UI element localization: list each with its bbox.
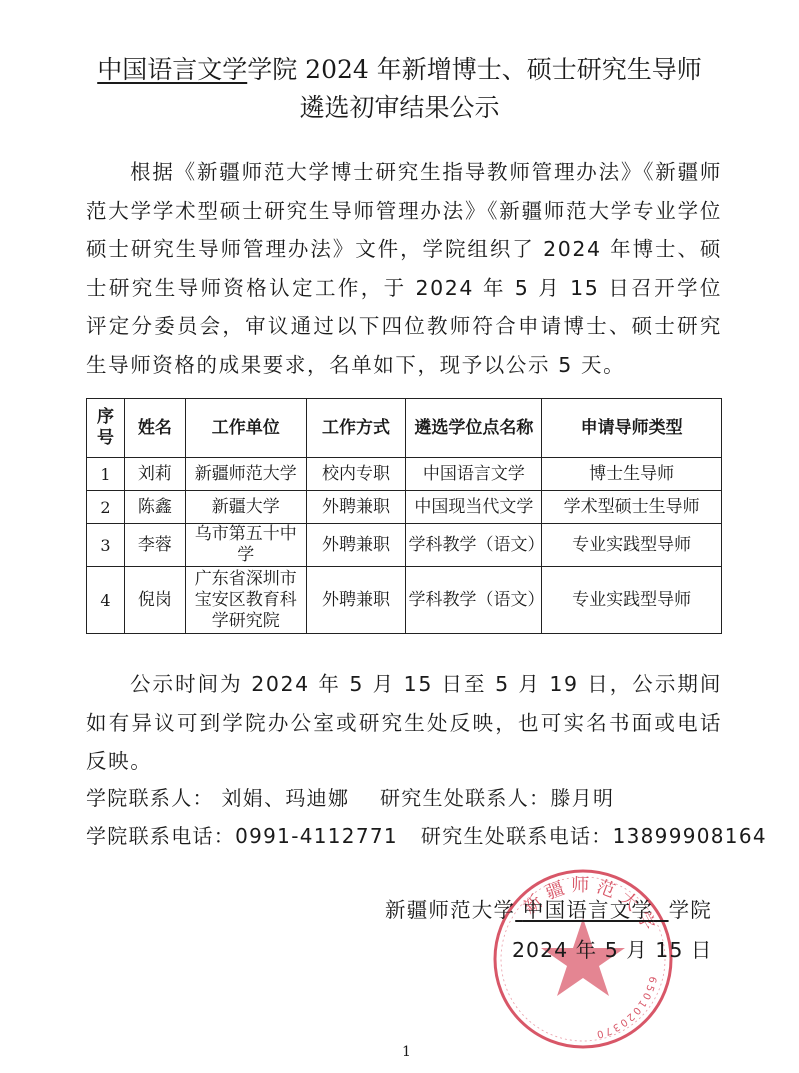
grad-contact-name: 滕月明 <box>550 786 614 810</box>
table-header-row: 序号 姓名 工作单位 工作方式 遴选学位点名称 申请导师类型 <box>87 399 722 458</box>
college-phone: 0991-4112771 <box>235 824 398 848</box>
advisor-table: 序号 姓名 工作单位 工作方式 遴选学位点名称 申请导师类型 1 刘莉 新疆师范… <box>86 398 722 634</box>
header-program: 遴选学位点名称 <box>406 399 542 458</box>
cell-no: 2 <box>87 491 125 524</box>
signature-line: 新疆师范大学 中国语言文学 学院 <box>385 893 712 923</box>
cell-unit: 新疆师范大学 <box>185 458 306 491</box>
document-title-line2: 遴选初审结果公示 <box>0 88 799 124</box>
header-name: 姓名 <box>124 399 185 458</box>
signature-suffix: 学院 <box>669 898 712 922</box>
notice-paragraph: 公示时间为 2024 年 5 月 15 日至 5 月 19 日，公示期间如有异议… <box>86 665 722 781</box>
cell-type: 博士生导师 <box>542 458 722 491</box>
cell-name: 倪岗 <box>124 567 185 634</box>
cell-unit: 乌市第五十中学 <box>185 524 306 567</box>
notice-text: 公示时间为 2024 年 5 月 15 日至 5 月 19 日，公示期间如有异议… <box>86 665 722 781</box>
contacts-block: 学院联系人： 刘娟、玛迪娜 研究生处联系人：滕月明学院联系电话：0991-411… <box>86 779 767 855</box>
header-mode: 工作方式 <box>306 399 406 458</box>
cell-name: 刘莉 <box>124 458 185 491</box>
cell-no: 3 <box>87 524 125 567</box>
intro-text: 根据《新疆师范大学博士研究生指导教师管理办法》《新疆师范大学学术型硕士研究生导师… <box>86 153 722 384</box>
signature-date: 2024 年 5 月 15 日 <box>512 933 712 963</box>
table-row: 1 刘莉 新疆师范大学 校内专职 中国语言文学 博士生导师 <box>87 458 722 491</box>
grad-phone-label: 研究生处联系电话： <box>421 824 613 848</box>
cell-program: 中国现当代文学 <box>406 491 542 524</box>
grad-phone: 13899908164 <box>613 824 767 848</box>
contacts-line1: 学院联系人： 刘娟、玛迪娜 研究生处联系人：滕月明 <box>86 779 767 817</box>
document-title-line1: 中国语言文学学院 2024 年新增博士、硕士研究生导师 <box>0 50 799 86</box>
cell-program: 学科教学（语文） <box>406 524 542 567</box>
college-contact-label: 学院联系人： <box>86 786 214 810</box>
table-row: 3 李蓉 乌市第五十中学 外聘兼职 学科教学（语文） 专业实践型导师 <box>87 524 722 567</box>
cell-unit: 新疆大学 <box>185 491 306 524</box>
grad-contact-label: 研究生处联系人： <box>380 786 550 810</box>
intro-paragraph: 根据《新疆师范大学博士研究生指导教师管理办法》《新疆师范大学学术型硕士研究生导师… <box>86 153 722 384</box>
cell-type: 学术型硕士生导师 <box>542 491 722 524</box>
cell-no: 1 <box>87 458 125 491</box>
cell-name: 李蓉 <box>124 524 185 567</box>
cell-no: 4 <box>87 567 125 634</box>
cell-program: 学科教学（语文） <box>406 567 542 634</box>
signature-college: 中国语言文学 <box>515 898 668 922</box>
cell-mode: 外聘兼职 <box>306 524 406 567</box>
cell-mode: 外聘兼职 <box>306 567 406 634</box>
header-type: 申请导师类型 <box>542 399 722 458</box>
title-rest: 学院 2024 年新增博士、硕士研究生导师 <box>247 55 702 84</box>
cell-type: 专业实践型导师 <box>542 567 722 634</box>
table-row: 2 陈鑫 新疆大学 外聘兼职 中国现当代文学 学术型硕士生导师 <box>87 491 722 524</box>
cell-program: 中国语言文学 <box>406 458 542 491</box>
contacts-line2: 学院联系电话：0991-4112771 研究生处联系电话：13899908164 <box>86 817 767 855</box>
signature-university: 新疆师范大学 <box>385 898 515 922</box>
college-phone-label: 学院联系电话： <box>86 824 235 848</box>
cell-name: 陈鑫 <box>124 491 185 524</box>
title-college-name: 中国语言文学 <box>97 55 247 84</box>
table-row: 4 倪岗 广东省深圳市宝安区教育科学研究院 外聘兼职 学科教学（语文） 专业实践… <box>87 567 722 634</box>
cell-type: 专业实践型导师 <box>542 524 722 567</box>
cell-unit: 广东省深圳市宝安区教育科学研究院 <box>185 567 306 634</box>
cell-mode: 校内专职 <box>306 458 406 491</box>
header-no: 序号 <box>87 399 125 458</box>
college-contact-names: 刘娟、玛迪娜 <box>221 786 349 810</box>
page-number: 1 <box>402 1044 411 1060</box>
cell-mode: 外聘兼职 <box>306 491 406 524</box>
header-unit: 工作单位 <box>185 399 306 458</box>
